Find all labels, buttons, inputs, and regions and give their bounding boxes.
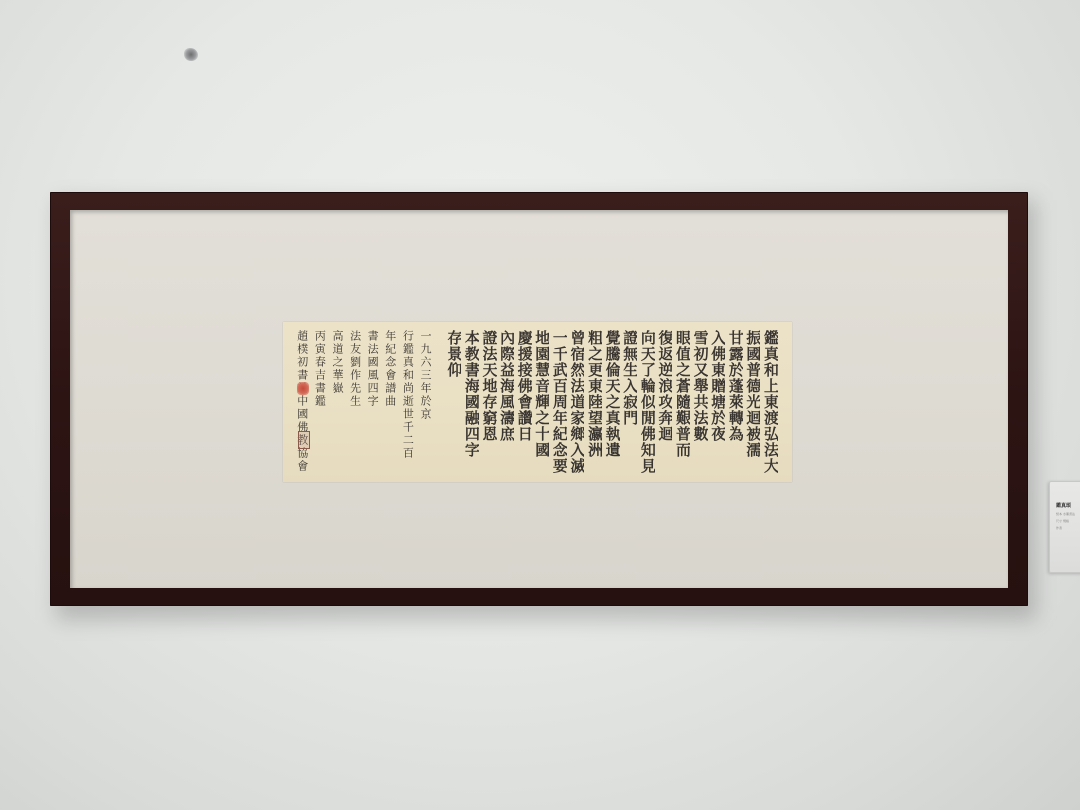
calligraphy-column: 向天了輪似閒佛知見 bbox=[640, 330, 655, 476]
plaque-title: 鑑真頌 bbox=[1056, 502, 1080, 509]
inscription-column: 年紀念會譜曲 bbox=[383, 330, 398, 476]
calligraphy-column: 慶援接佛會讚日 bbox=[517, 330, 532, 476]
calligraphy-column: 內際益海風濤庶 bbox=[500, 330, 515, 476]
calligraphy-column: 雪初又舉共法數 bbox=[693, 330, 708, 476]
inscription-column: 書法國風四字 bbox=[366, 330, 381, 476]
frame-mat: 鑑真和上東渡弘法大 振國普德光迴被濡 甘露於蓬萊轉為 入佛東贈塘於夜 雪初又舉共… bbox=[70, 210, 1008, 588]
signature-column: 趙樸初書於中國佛教協會 bbox=[295, 330, 310, 476]
picture-frame: 鑑真和上東渡弘法大 振國普德光迴被濡 甘露於蓬萊轉為 入佛東贈塘於夜 雪初又舉共… bbox=[50, 192, 1028, 606]
calligraphy-column: 粗之更東陸望瀛洲 bbox=[587, 330, 602, 476]
artwork-label-plaque: 鑑真頌 紙本 水墨書法 尺寸 規格 作者 bbox=[1049, 481, 1080, 573]
calligraphy-column: 一千武百周年紀念要 bbox=[552, 330, 567, 476]
plaque-line: 紙本 水墨書法 bbox=[1056, 512, 1080, 516]
calligraphy-paper: 鑑真和上東渡弘法大 振國普德光迴被濡 甘露於蓬萊轉為 入佛東贈塘於夜 雪初又舉共… bbox=[283, 322, 792, 482]
inscription-column: 行鑑真和尚逝世千二百 bbox=[401, 330, 416, 476]
calligraphy-column: 復返逆浪攻奔迴 bbox=[658, 330, 673, 476]
square-seal-icon bbox=[298, 431, 310, 449]
calligraphy-column: 振國普德光迴被濡 bbox=[746, 330, 761, 476]
calligraphy-column: 本教書海國融四字 bbox=[464, 330, 479, 476]
calligraphy-column: 眼值之蒼隨艱普而 bbox=[675, 330, 690, 476]
inscription-column: 一九六三年於京 bbox=[418, 330, 433, 476]
calligraphy-column: 甘露於蓬萊轉為 bbox=[728, 330, 743, 476]
calligraphy-column: 存景仰 bbox=[447, 330, 462, 476]
calligraphy-column: 覺騰倫天之真執遺 bbox=[605, 330, 620, 476]
plaque-line: 尺寸 規格 bbox=[1056, 519, 1080, 523]
calligraphy-column: 證無生入寂門 bbox=[623, 330, 638, 476]
calligraphy-column: 曾宿然法道家鄉入滅 bbox=[570, 330, 585, 476]
wall-speck bbox=[184, 48, 198, 61]
column-gap bbox=[436, 330, 444, 476]
calligraphy-column: 地園慧音輝之十國 bbox=[535, 330, 550, 476]
calligraphy-column: 鑑真和上東渡弘法大 bbox=[763, 330, 778, 476]
calligraphy-column: 證法天地存窮恩 bbox=[482, 330, 497, 476]
calligraphy-column: 入佛東贈塘於夜 bbox=[711, 330, 726, 476]
red-seal-icon bbox=[297, 382, 309, 395]
calligraphy-columns: 鑑真和上東渡弘法大 振國普德光迴被濡 甘露於蓬萊轉為 入佛東贈塘於夜 雪初又舉共… bbox=[295, 330, 778, 476]
inscription-column: 法友劉作先生 bbox=[348, 330, 363, 476]
inscription-column: 高道之華嶽 bbox=[330, 330, 345, 476]
plaque-line: 作者 bbox=[1056, 526, 1080, 530]
inscription-column: 丙寅春吉書鑑 bbox=[313, 330, 328, 476]
